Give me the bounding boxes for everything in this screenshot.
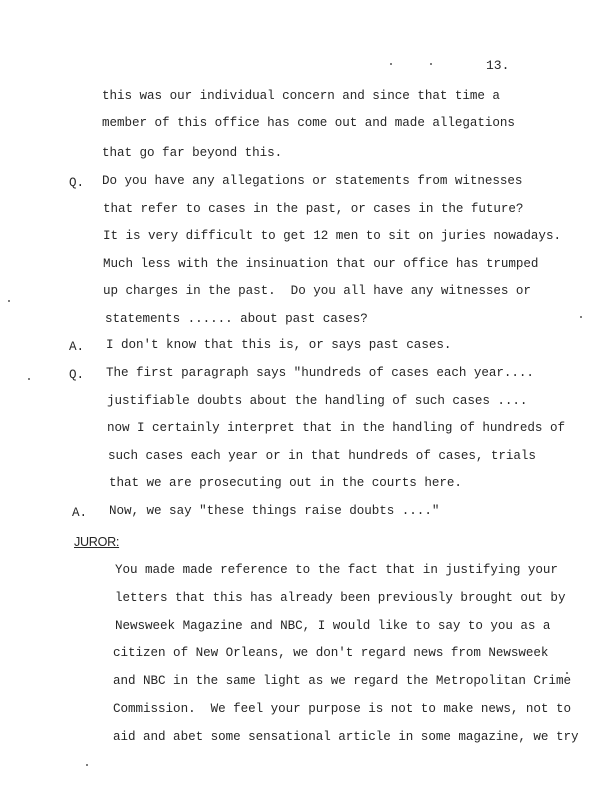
juror-heading: JUROR: <box>74 535 119 549</box>
scan-speck <box>390 63 392 65</box>
scan-speck <box>580 316 582 318</box>
text-line: Newsweek Magazine and NBC, I would like … <box>115 619 550 633</box>
text-line: such cases each year or in that hundreds… <box>108 449 536 463</box>
text-line: that refer to cases in the past, or case… <box>103 202 523 216</box>
scan-speck <box>430 63 432 65</box>
text-line: I don't know that this is, or says past … <box>106 338 451 352</box>
speaker-label-q: Q. <box>69 368 84 382</box>
scan-speck <box>566 672 568 674</box>
scan-speck <box>28 378 30 380</box>
text-line: letters that this has already been previ… <box>115 591 565 605</box>
text-line: Do you have any allegations or statement… <box>102 174 522 188</box>
text-line: aid and abet some sensational article in… <box>113 730 578 744</box>
text-line: now I certainly interpret that in the ha… <box>107 421 565 435</box>
text-line: that go far beyond this. <box>102 146 282 160</box>
text-line: and NBC in the same light as we regard t… <box>113 674 571 688</box>
scan-speck <box>8 300 10 302</box>
text-line: member of this office has come out and m… <box>102 116 515 130</box>
text-line: Commission. We feel your purpose is not … <box>113 702 571 716</box>
speaker-label-a: A. <box>72 506 87 520</box>
text-line: It is very difficult to get 12 men to si… <box>103 229 561 243</box>
text-line: up charges in the past. Do you all have … <box>103 284 531 298</box>
text-line: Now, we say "these things raise doubts .… <box>109 504 439 518</box>
scan-speck <box>86 764 88 766</box>
speaker-label-a: A. <box>69 340 84 354</box>
text-line: citizen of New Orleans, we don't regard … <box>113 646 548 660</box>
text-line: that we are prosecuting out in the court… <box>109 476 462 490</box>
speaker-label-q: Q. <box>69 176 84 190</box>
text-line: statements ...... about past cases? <box>105 312 368 326</box>
text-line: The first paragraph says "hundreds of ca… <box>106 366 534 380</box>
page-number: 13. <box>486 58 509 73</box>
text-line: You made made reference to the fact that… <box>115 563 558 577</box>
text-line: Much less with the insinuation that our … <box>103 257 538 271</box>
text-line: justifiable doubts about the handling of… <box>107 394 527 408</box>
text-line: this was our individual concern and sinc… <box>102 89 500 103</box>
